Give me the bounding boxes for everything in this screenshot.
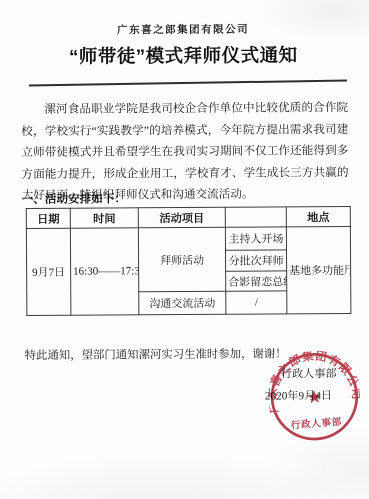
document-page: 广东喜之郎集团有限公司 “师带徒”模式拜师仪式通知 漯河食品职业学院是我司校企合… — [0, 0, 369, 499]
header-cell-location: 地点 — [286, 206, 350, 226]
header-cell-activity: 活动项目 — [138, 207, 225, 228]
subitem-cell: / — [226, 291, 287, 314]
stamp-star-icon: ★ — [306, 386, 324, 407]
date-cell: 9月7日 — [26, 228, 71, 315]
doc-title: “师带徒”模式拜师仪式通知 — [0, 41, 368, 69]
section-heading: 一、活动安排如下： — [22, 190, 126, 207]
activity-main-cell: 拜师活动 — [138, 227, 225, 292]
header-cell-time: 时间 — [70, 208, 138, 228]
official-stamp: 广东喜之郎集团有限公司 ★ 行政人事部 — [266, 348, 364, 446]
stamp-department-text: 行政人事部 — [290, 416, 342, 432]
schedule-table: 日期 时间 活动项目 地点 9月7日 16:30——17:30 拜师活动 主持人… — [26, 206, 352, 316]
subitem-cell: 分批次拜师 — [226, 250, 287, 271]
header-cell-subitem — [225, 207, 286, 227]
subitem-cell: 合影留恋总结 — [226, 271, 287, 291]
table-row: 9月7日 16:30——17:30 拜师活动 主持人开场 基地多功能厅 — [26, 226, 350, 251]
table-header-row: 日期 时间 活动项目 地点 — [26, 206, 350, 228]
header-cell-date: 日期 — [26, 208, 70, 228]
activity-secondary-cell: 沟通交流活动 — [139, 291, 226, 315]
company-name: 广东喜之郎集团有限公司 — [0, 21, 368, 38]
time-cell: 16:30——17:30 — [70, 228, 139, 315]
title-divider-line — [29, 79, 347, 86]
paper-sheet: 广东喜之郎集团有限公司 “师带徒”模式拜师仪式通知 漯河食品职业学院是我司校企合… — [0, 0, 369, 499]
subitem-cell: 主持人开场 — [225, 227, 286, 250]
location-cell: 基地多功能厅 — [286, 226, 351, 313]
stamp-graphic: 广东喜之郎集团有限公司 ★ 行政人事部 — [266, 348, 364, 446]
